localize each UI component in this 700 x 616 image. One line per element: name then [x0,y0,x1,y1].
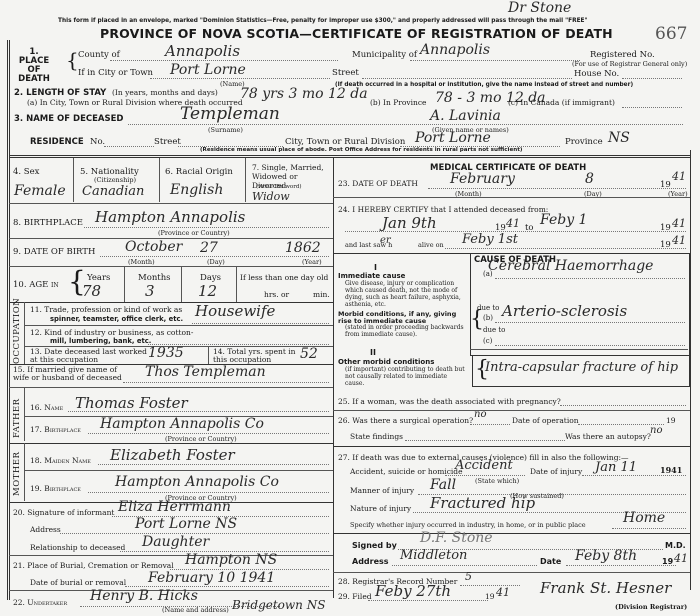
signature-year: 41 [674,552,688,565]
residence-note: (Residence means usual place of abode. P… [200,147,522,153]
dod-month: February [450,171,515,187]
state-which-note: (State which) [475,477,519,485]
autopsy-value: no [650,425,662,436]
informant-signature-label: 20. Signature of informant [13,508,114,517]
burial-date-label: Date of burial or removal [30,578,126,587]
total-years-value: 52 [300,346,318,362]
filed-line [368,600,488,601]
box-divider [245,158,246,202]
row-divider [24,325,333,326]
undertaker-address-value: Bridgetown NS [232,598,325,612]
dob-year: 1862 [285,240,321,256]
mail-notice: This form if placed in an envelope, mark… [58,18,588,24]
age-label: 10. AGE in [13,280,59,290]
year-note: (Year) [302,258,322,266]
alive-year: 41 [672,234,686,247]
registered-no-label: Registered No. [590,50,655,60]
house-no-label: House No. [574,69,619,79]
occupation-section-label: OCCUPATION [12,306,22,364]
injury-date-line [582,475,686,476]
father-birthplace-label: 17. Birthplace [30,425,81,434]
father-name-value: Thomas Foster [75,394,188,412]
municipality-value: Annapolis [420,42,490,58]
filed-year: 41 [496,586,510,599]
death-certificate: This form if placed in an envelope, mark… [0,0,700,616]
spouse-label: 15. If married give name of wife or husb… [13,366,123,382]
county-value: Annapolis [165,42,240,60]
trade-value: Housewife [195,302,275,320]
attended-to-year: 41 [672,217,686,230]
house-no-line [622,78,682,79]
immediate-cause-label: Immediate cause [338,272,405,280]
nationality-note: (Citizenship) [94,176,136,184]
signature-date-line [566,565,676,566]
q25-label: 25. If a woman, was the death associated… [338,397,561,406]
q26-label: 26. Was there a surgical operation? [338,416,473,425]
deceased-surname: Templeman [180,104,280,124]
injury-place-label: Specify whether injury occurred in indus… [350,521,586,529]
undertaker-value: Henry B. Hicks [90,588,198,604]
section-divider [24,387,25,441]
box-divider [236,266,237,302]
cause-a-value: Cerebral Haemorrhage [488,258,653,274]
mother-maiden-label: 18. Maiden Name [30,456,91,465]
relationship-value: Daughter [142,534,209,550]
residence-city-value: Port Lorne [415,130,491,146]
dod-line [428,188,686,189]
mother-maiden-value: Elizabeth Foster [110,446,235,464]
row-divider [9,443,333,444]
dod-year: 41 [672,170,686,183]
attended-from-year: 41 [506,217,520,230]
last-worked-value: 1935 [148,345,184,361]
nature-label: Nature of injury [350,504,411,513]
total-years-label: 14. Total yrs. spent in this occupation [213,348,303,364]
op-year-prefix: 19 [666,416,676,425]
residence-city-label: City, Town or Rural Division [285,137,405,147]
row-divider [9,302,333,303]
q26-line [470,424,510,425]
alive-year-prefix: 19 [660,240,671,250]
burial-date-value: February 10 1941 [148,570,275,586]
industry-examples: mill, lumbering, bank, etc. [50,337,151,345]
birthplace-line [84,227,329,228]
street-label: Street [332,68,359,78]
street-line [362,78,572,79]
deceased-given-names: A. Lavinia [430,108,501,124]
place-of-death-text: 1. PLACE OF DEATH [14,48,54,84]
accident-line [445,475,525,476]
registrar-note: (Division Registrar) [615,603,687,611]
record-number-line [460,585,520,586]
immediate-cause-desc: Give disease, injury or complication whi… [345,280,467,308]
brace: { [66,46,79,74]
spouse-value: Thos Templeman [145,364,266,380]
filed-label: 29. Filed [338,592,372,601]
signature-date-label: Date [540,557,561,566]
dob-day: 27 [200,240,218,256]
trade-examples: spinner, teamster, office clerk, etc. [50,315,183,323]
section-divider [24,302,25,364]
injury-place-value: Home [623,510,665,526]
row-divider [333,197,690,198]
manner-value: Fall [430,477,456,493]
cause-b-value: Arterio-sclerosis [502,302,627,320]
trade-line [192,323,329,324]
birthplace-value: Hampton Annapolis [95,208,245,226]
informant-address-label: Address [30,525,61,534]
row-divider [470,349,688,350]
signature-address-value: Middleton [400,548,467,563]
form-number: 667 [655,24,687,44]
county-line [110,60,338,61]
residence-province-value: NS [608,130,630,146]
box-divider [208,346,209,364]
burial-place-label: 21. Place of Burial, Cremation or Remova… [13,561,174,570]
spouse-line [123,382,329,383]
certify-label: 24. I HEREBY CERTIFY that I attended dec… [338,205,548,214]
other-conditions-desc: (if important) contributing to death but… [345,366,467,387]
row-divider [9,203,333,204]
trade-label: 11. Trade, profession or kind of work as [30,305,182,314]
hrs-label: hrs. or [264,290,289,299]
mother-birthplace-label: 19. Birthplace [30,484,81,493]
injury-year: 1941 [660,465,682,475]
relationship-label: Relationship to deceased [30,543,125,552]
cause-a-line [495,278,685,279]
certificate-title: PROVINCE OF NOVA SCOTIA—CERTIFICATE OF R… [100,26,613,41]
box-divider [181,266,182,302]
right-border [690,150,691,590]
father-name-label: 16. Name [30,403,63,412]
burial-date-line [125,586,329,587]
top-annotation: Dr Stone [508,0,571,16]
cause-c-label: (c) [483,337,492,345]
informant-signature-value: Eliza Herrmann [118,499,231,515]
to-year-prefix: 19 [660,223,671,233]
racial-origin-label: 6. Racial Origin [165,167,233,177]
alive-on-value: Feby 1st [462,232,518,247]
box-divider [124,266,125,302]
op-date-label: Date of operation [512,416,579,425]
deceased-label: 3. NAME OF DECEASED [14,114,123,124]
less-day-label: If less than one day old [240,273,328,282]
section-divider [9,155,691,158]
row-divider [333,572,690,573]
municipality-line [410,60,580,61]
row-divider [9,555,333,556]
undertaker-label: 22. Undertaker [13,598,67,607]
date-of-death-label: 23. DATE OF DEATH [338,179,418,188]
racial-origin-value: English [170,182,223,198]
signature-date-value: Feby 8th [575,548,637,564]
row-divider [333,533,690,534]
surname-note: (Surname) [208,126,243,134]
filed-year-prefix: 19 [485,592,495,601]
day-note: (Day) [207,258,225,266]
registrar-signature: Frank St. Hesner [540,579,671,597]
stay-c-label: (c) In Canada (if immigrant) [508,98,615,107]
city-label: If in City or Town [78,68,153,78]
attended-to-value: Feby 1 [540,212,587,228]
deceased-line [128,124,683,125]
city-value: Port Lorne [170,62,246,78]
length-of-stay-note: (In years, months and days) [112,88,218,97]
birthplace-note: (Province or Country) [158,229,230,237]
residence-no-label: No. [90,137,105,147]
years-value: 78 [82,282,101,300]
cause-b-line [495,322,685,323]
attended-from-value: Jan 9th [382,214,437,232]
cause-b-label: (b) [483,314,493,322]
birthplace-label: 8. BIRTHPLACE [13,218,83,228]
place-of-death-label: 1. PLACE OF DEATH [14,48,54,84]
brace: { [470,306,484,334]
q25-line [560,405,686,406]
hospital-note: (If death occurred in a hospital or inst… [335,82,633,88]
nationality-value: Canadian [82,184,144,199]
q26-value: no [474,409,486,420]
mother-section-label: MOTHER [12,446,22,496]
dob-label: 9. DATE OF BIRTH [13,247,95,257]
county-label: County of [78,50,120,60]
dod-year-prefix: 19 [660,180,671,190]
row-divider [9,266,333,267]
last-worked-label: 13. Date deceased last worked at this oc… [30,348,150,364]
cause-section-1: I [374,263,377,272]
signature-year-prefix: 19 [662,557,673,566]
father-birthplace-value: Hampton Annapolis Co [100,416,264,432]
row-divider [24,470,333,471]
registered-no-note: (For use of Registrar General only) [572,60,687,68]
burial-place-value: Hampton NS [185,552,277,568]
due-to-2: due to [483,326,505,334]
stay-b-label: (b) In Province [370,98,426,107]
residence-province-label: Province [565,137,603,147]
father-section-label: FATHER [12,390,22,438]
findings-label: State findings [350,432,403,441]
residence-label: RESIDENCE [30,137,84,147]
box-divider [159,158,160,202]
month-note: (Month) [128,258,155,266]
residence-no-line [104,146,154,147]
stay-a-value: 78 yrs 3 mo 12 da [240,86,368,102]
record-number-value: 5 [465,570,472,583]
findings-line [405,440,565,441]
signature-address-line [392,565,537,566]
months-value: 3 [145,282,155,300]
box-divider [73,158,74,202]
md-label: M.D. [665,541,686,550]
other-conditions-value: Intra-capsular fracture of hip [485,360,678,375]
stay-c-line [622,107,682,108]
last-saw-value: er [380,235,391,246]
signature-address-label: Address [352,557,389,566]
city-line [150,78,330,79]
morbid-desc: (stated in order proceeding backwards fr… [345,324,467,338]
accident-value: Accident [455,458,513,473]
nature-value: Fractured hip [430,494,535,512]
days-value: 12 [198,282,217,300]
alive-on-label: alive on [418,241,444,249]
injury-date-label: Date of injury [530,467,582,476]
length-of-stay-label: 2. LENGTH OF STAY [14,88,106,98]
informant-address-value: Port Lorne NS [135,516,237,532]
cause-c-line [495,345,685,346]
dob-line [100,256,329,257]
sex-value: Female [14,183,66,199]
row-divider [9,387,333,388]
morbid-label: Morbid conditions, if any, giving rise t… [338,311,468,325]
undertaker-note: (Name and address) [162,606,229,614]
industry-label: 12. Kind of industry or business, as cot… [30,328,193,337]
signed-by-label: Signed by [352,541,397,550]
attended-to-label: to [525,223,534,233]
alive-line [445,248,686,249]
mother-birthplace-line [88,492,329,493]
column-divider [333,158,334,598]
cause-section-2: II [370,348,376,357]
row-divider [333,446,690,447]
autopsy-label: Was there an autopsy? [565,432,651,441]
mother-maiden-line [98,464,329,465]
injury-place-line [612,528,686,529]
injury-date-value: Jan 11 [595,460,637,475]
section-divider [24,443,25,501]
row-divider [333,410,690,411]
min-label: min. [313,290,330,299]
signed-by-value: D.F. Stone [420,530,493,546]
manner-label: Manner of injury [350,486,414,495]
father-birthplace-note: (Province or Country) [165,435,237,443]
dod-day: 8 [585,171,594,187]
other-conditions-label: Other morbid conditions [338,358,434,366]
municipality-label: Municipality of [352,50,417,60]
sex-label: 4. Sex [13,167,39,177]
mother-birthplace-value: Hampton Annapolis Co [115,474,279,490]
residence-street-label: Street [154,137,181,147]
filed-value: Feby 27th [375,582,451,600]
left-border [7,40,10,600]
marital-value: Widow [252,190,290,203]
father-birthplace-line [88,433,329,434]
dob-month: October [125,239,182,255]
